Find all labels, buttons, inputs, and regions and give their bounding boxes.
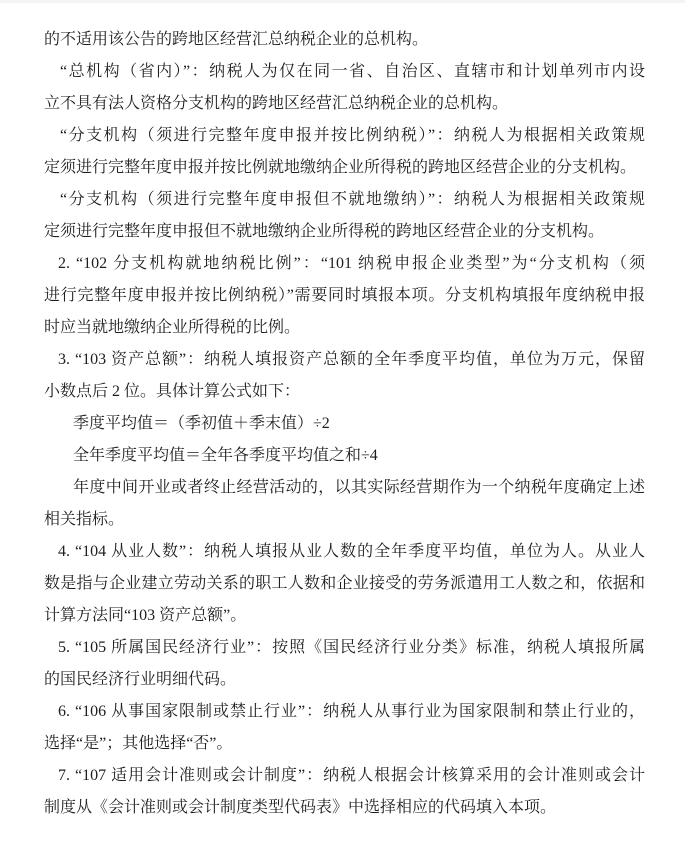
text-line: 小数点后 2 位。具体计算公式如下： — [44, 376, 645, 408]
text-line: 2. “102 分支机构就地纳税比例”：“101 纳税申报企业类型”为“分支机构… — [44, 248, 645, 280]
text-line: “分支机构（须进行完整年度申报但不就地缴纳）”：纳税人为根据相关政策规 — [44, 184, 645, 216]
paragraph: 季度平均值＝（季初值＋季末值）÷2 — [44, 408, 645, 440]
text-line: 定须进行完整年度申报但不就地缴纳企业所得税的跨地区经营企业的分支机构。 — [44, 216, 645, 248]
text-line: 选择“是”；其他选择“否”。 — [44, 728, 645, 760]
paragraph: 3. “103 资产总额”：纳税人填报资产总额的全年季度平均值，单位为万元，保留… — [44, 344, 645, 408]
paragraph: 5. “105 所属国民经济行业”：按照《国民经济行业分类》标准，纳税人填报所属… — [44, 632, 645, 696]
document-page: 的不适用该公告的跨地区经营汇总纳税企业的总机构。“总机构（省内）”：纳税人为仅在… — [0, 3, 685, 824]
paragraph: “分支机构（须进行完整年度申报并按比例纳税）”：纳税人为根据相关政策规定须进行完… — [44, 120, 645, 184]
text-line: 时应当就地缴纳企业所得税的比例。 — [44, 312, 645, 344]
text-line: 定须进行完整年度申报并按比例就地缴纳企业所得税的跨地区经营企业的分支机构。 — [44, 152, 645, 184]
text-line: 年度中间开业或者终止经营活动的，以其实际经营期作为一个纳税年度确定上述 — [44, 472, 645, 504]
paragraph: 4. “104 从业人数”：纳税人填报从业人数的全年季度平均值，单位为人。从业人… — [44, 536, 645, 632]
paragraph: 年度中间开业或者终止经营活动的，以其实际经营期作为一个纳税年度确定上述相关指标。 — [44, 472, 645, 536]
paragraph: 6. “106 从事国家限制或禁止行业”：纳税人从事行业为国家限制和禁止行业的，… — [44, 696, 645, 760]
paragraph: 的不适用该公告的跨地区经营汇总纳税企业的总机构。 — [44, 24, 645, 56]
text-line: 3. “103 资产总额”：纳税人填报资产总额的全年季度平均值，单位为万元，保留 — [44, 344, 645, 376]
paragraph: 全年季度平均值＝全年各季度平均值之和÷4 — [44, 440, 645, 472]
text-line: 计算方法同“103 资产总额”。 — [44, 600, 645, 632]
text-line: 进行完整年度申报并按比例纳税）”需要同时填报本项。分支机构填报年度纳税申报 — [44, 280, 645, 312]
paragraph: 7. “107 适用会计准则或会计制度”：纳税人根据会计核算采用的会计准则或会计… — [44, 760, 645, 824]
text-line: 5. “105 所属国民经济行业”：按照《国民经济行业分类》标准，纳税人填报所属 — [44, 632, 645, 664]
text-line: 7. “107 适用会计准则或会计制度”：纳税人根据会计核算采用的会计准则或会计 — [44, 760, 645, 792]
text-line: 4. “104 从业人数”：纳税人填报从业人数的全年季度平均值，单位为人。从业人 — [44, 536, 645, 568]
text-line: 的不适用该公告的跨地区经营汇总纳税企业的总机构。 — [44, 24, 645, 56]
text-line: 立不具有法人资格分支机构的跨地区经营汇总纳税企业的总机构。 — [44, 88, 645, 120]
paragraph: 2. “102 分支机构就地纳税比例”：“101 纳税申报企业类型”为“分支机构… — [44, 248, 645, 344]
text-line: 全年季度平均值＝全年各季度平均值之和÷4 — [44, 440, 645, 472]
paragraph: “分支机构（须进行完整年度申报但不就地缴纳）”：纳税人为根据相关政策规定须进行完… — [44, 184, 645, 248]
text-line: “总机构（省内）”：纳税人为仅在同一省、自治区、直辖市和计划单列市内设 — [44, 56, 645, 88]
text-line: 季度平均值＝（季初值＋季末值）÷2 — [44, 408, 645, 440]
text-line: 的国民经济行业明细代码。 — [44, 664, 645, 696]
text-line: 6. “106 从事国家限制或禁止行业”：纳税人从事行业为国家限制和禁止行业的， — [44, 696, 645, 728]
text-line: 制度从《会计准则或会计制度类型代码表》中选择相应的代码填入本项。 — [44, 792, 645, 824]
paragraph: “总机构（省内）”：纳税人为仅在同一省、自治区、直辖市和计划单列市内设立不具有法… — [44, 56, 645, 120]
text-line: 相关指标。 — [44, 504, 645, 536]
text-line: 数是指与企业建立劳动关系的职工人数和企业接受的劳务派遣用工人数之和，依据和 — [44, 568, 645, 600]
text-line: “分支机构（须进行完整年度申报并按比例纳税）”：纳税人为根据相关政策规 — [44, 120, 645, 152]
